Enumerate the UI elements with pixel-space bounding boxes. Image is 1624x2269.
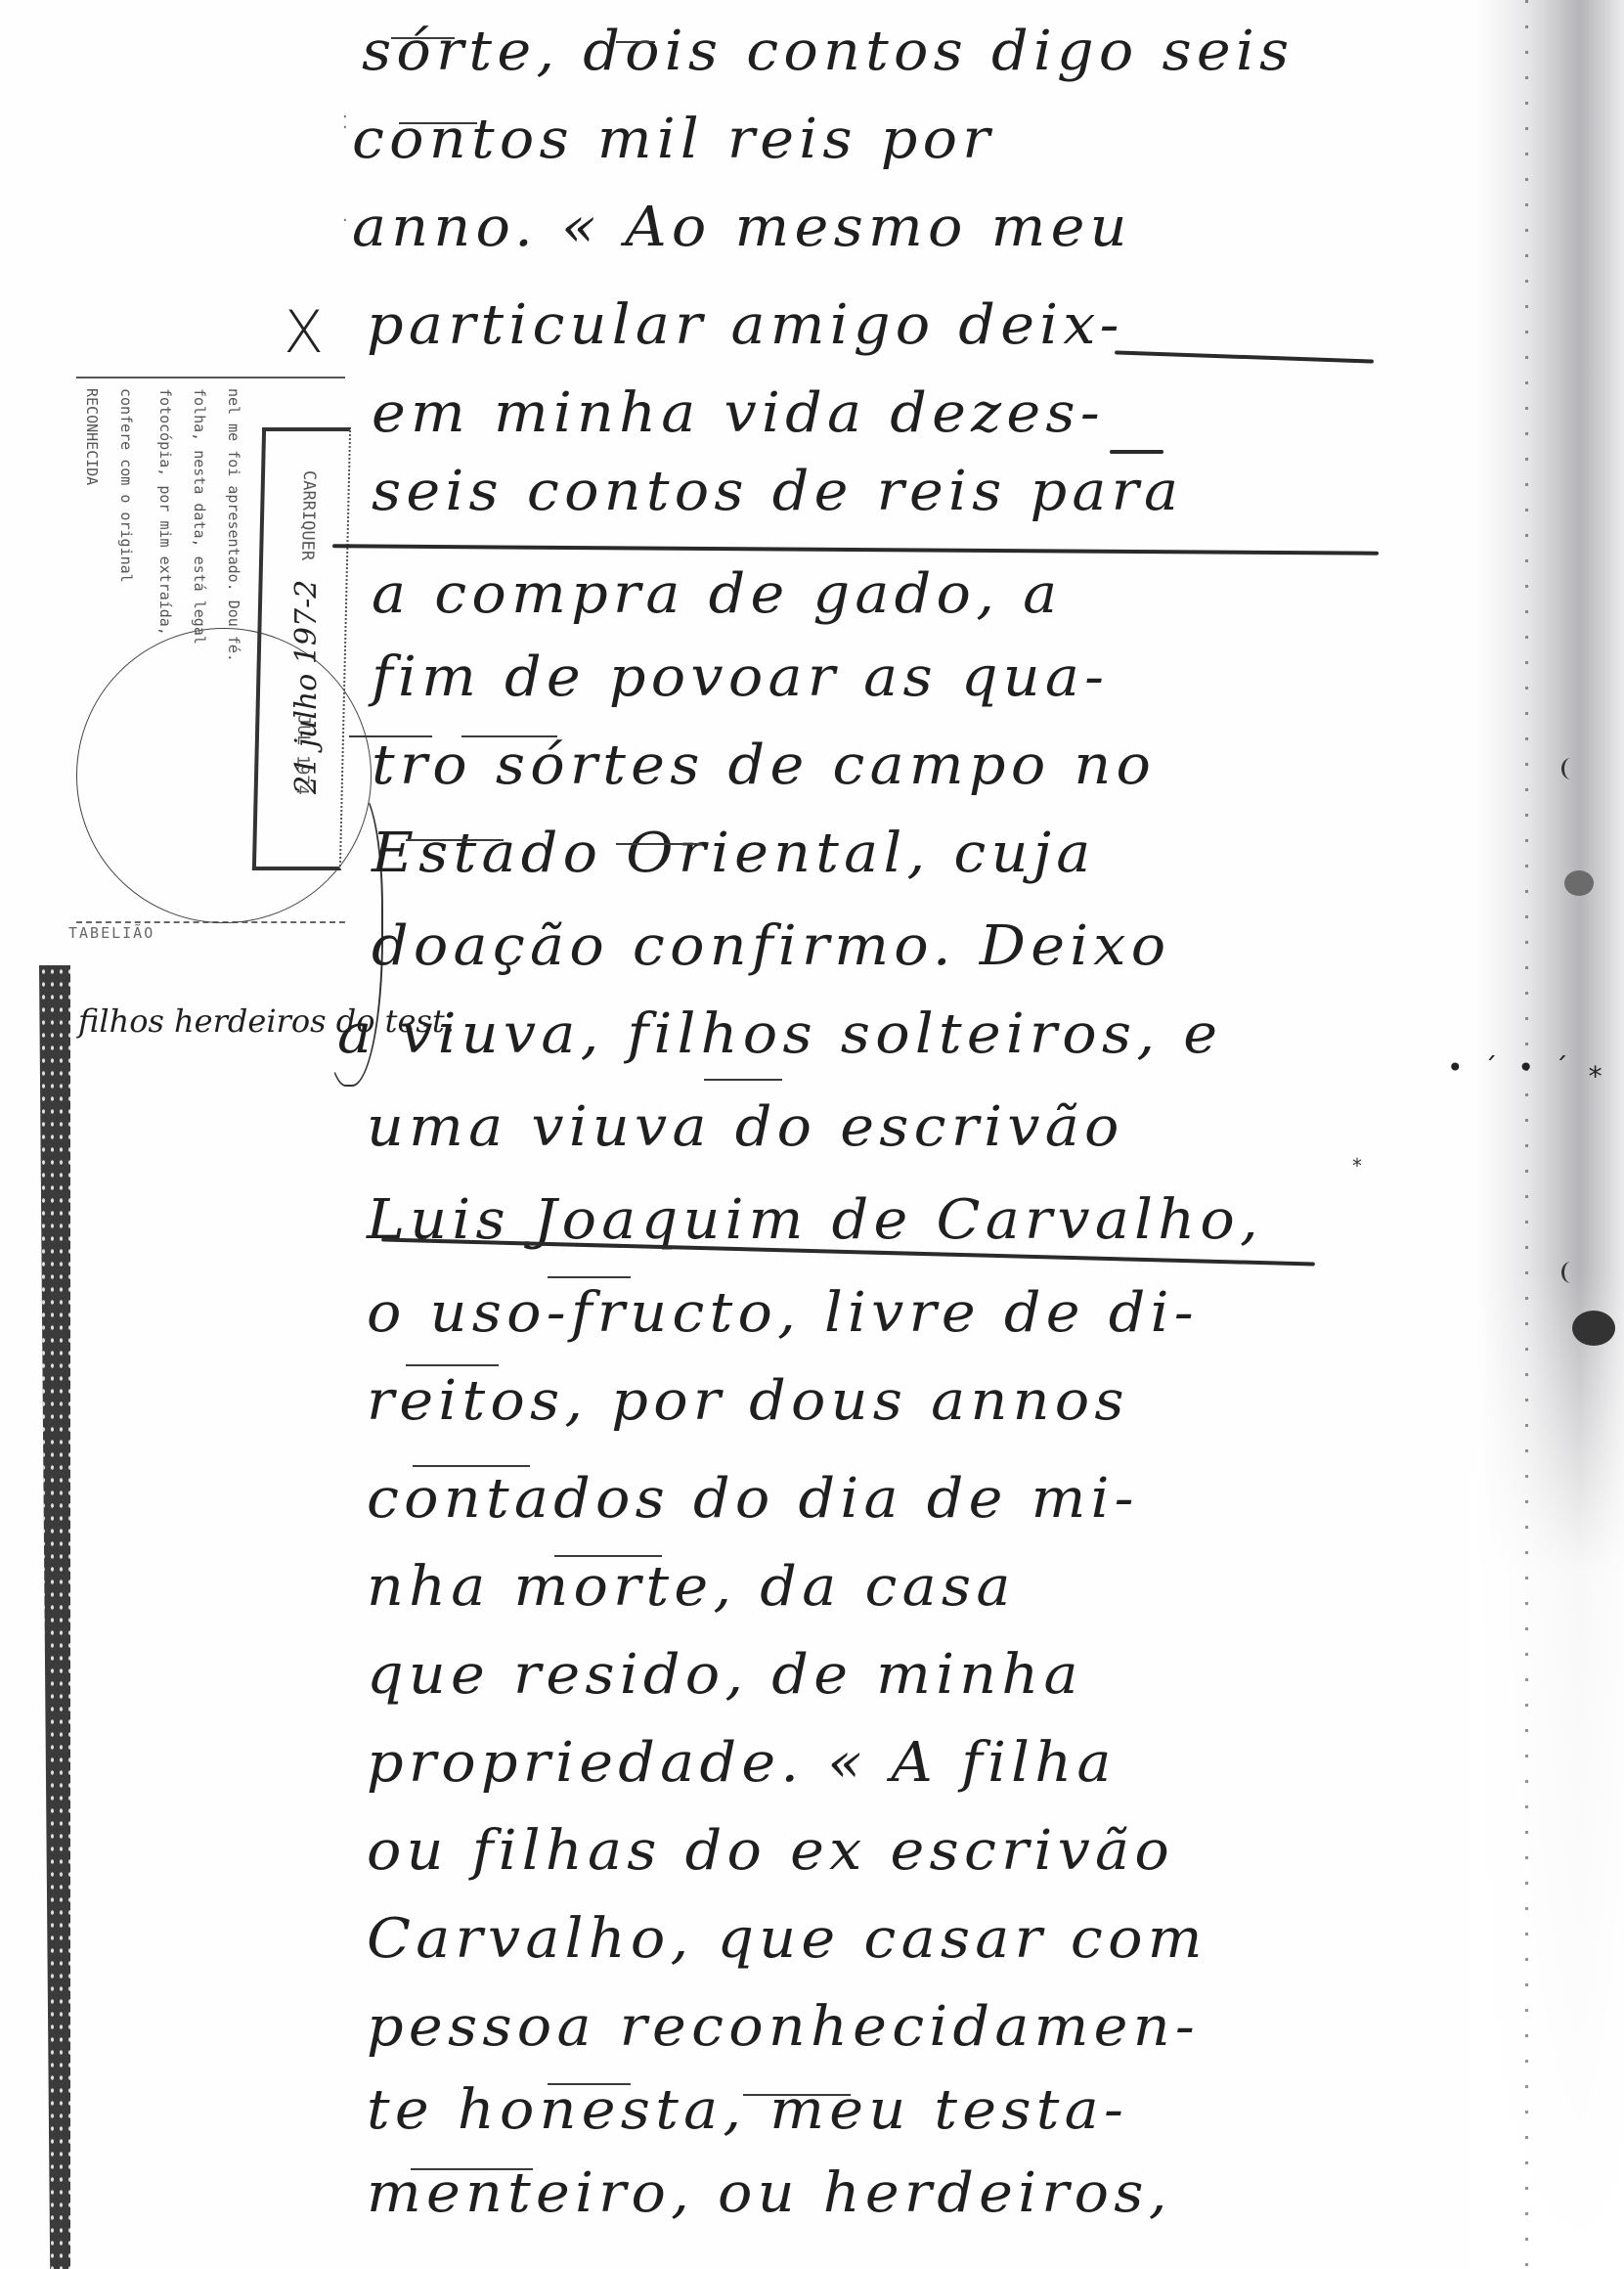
manuscript-line: a viuva, filhos solteiros, e	[337, 1002, 1222, 1066]
overline-stroke	[743, 2094, 851, 2096]
punch-hole-crescent-icon	[1561, 1262, 1580, 1283]
overline-stroke	[616, 41, 655, 43]
manuscript-line: anno. « Ao mesmo meu	[352, 196, 1132, 259]
overline-stroke	[406, 839, 504, 841]
manuscript-line: Estado Oriental, cuja	[372, 822, 1096, 885]
manuscript-line: reitos, por dous annos	[367, 1369, 1129, 1433]
overline-stroke	[548, 1276, 631, 1278]
punch-hole-crescent-icon	[1561, 758, 1580, 779]
margin-x-mark: X	[284, 298, 324, 367]
manuscript-line: pessoa reconhecidamen-	[367, 1995, 1200, 2059]
overline-stroke	[411, 2168, 533, 2170]
manuscript-line: ou filhas do ex escrivão	[367, 1819, 1174, 1883]
underline-stroke	[1115, 350, 1374, 363]
manuscript-line: que resido, de minha	[367, 1643, 1083, 1707]
manuscript-line: contos mil reis por	[352, 108, 995, 171]
photocopy-dot-column	[1525, 0, 1528, 2269]
overline-stroke	[704, 1079, 782, 1081]
manuscript-line: te honesta, meu testa-	[367, 2078, 1128, 2142]
stamp-line: confere com o original	[117, 388, 135, 583]
underline-stroke	[1110, 450, 1163, 454]
asterisk-mark: *	[1352, 1154, 1362, 1178]
notary-stamp: RECONHECIDA confere com o original fotoc…	[76, 377, 345, 923]
manuscript-line: uma viuva do escrivão	[367, 1095, 1124, 1159]
manuscript-line: tro sórtes de campo no	[372, 734, 1156, 797]
tick-mark: ⁚	[342, 112, 348, 133]
right-margin-mark: • ˊ • ˊ ⁎	[1447, 1051, 1608, 1084]
manuscript-line: em minha vida dezes-	[372, 381, 1105, 445]
manuscript-line: fim de povoar as qua-	[372, 645, 1109, 709]
manuscript-line: menteiro, ou herdeiros,	[367, 2161, 1172, 2225]
manuscript-line: Carvalho, que casar com	[367, 1907, 1207, 1971]
overline-stroke	[461, 735, 557, 737]
binding-strip	[39, 965, 70, 2269]
overline-stroke	[413, 1465, 530, 1467]
manuscript-line: nha morte, da casa	[367, 1555, 1016, 1619]
stamp-line: folha, nesta data, está legal	[191, 388, 208, 645]
stamp-line: fotocópia, por mim extraída,	[156, 388, 174, 636]
stamp-box-label: CARRIQUER	[297, 470, 319, 560]
overline-stroke	[548, 2083, 631, 2085]
right-edge-fade	[1468, 1271, 1624, 2269]
manuscript-line: o uso-fructo, livre de di-	[367, 1281, 1199, 1345]
manuscript-line: contados do dia de mi-	[367, 1467, 1139, 1531]
tick-mark: ·	[342, 210, 348, 231]
manuscript-line: a compra de gado, a	[372, 562, 1062, 626]
overline-stroke	[406, 1364, 499, 1366]
manuscript-line: particular amigo deix-	[367, 293, 1124, 357]
stamp-line: RECONHECIDA	[83, 388, 101, 485]
stamp-line: nel me foi apresentado. Dou fé.	[225, 388, 242, 662]
overline-stroke	[349, 735, 432, 737]
stamp-handwritten-date: 21 julho 197-2	[289, 580, 324, 794]
manuscript-line: doação confirmo. Deixo	[372, 914, 1170, 978]
document-page: RECONHECIDA confere com o original fotoc…	[0, 0, 1624, 2269]
overline-stroke	[616, 843, 702, 845]
manuscript-line: propriedade. « A filha	[367, 1731, 1117, 1795]
underline-stroke	[332, 544, 1379, 555]
manuscript-line: sórte, dois contos digo seis	[362, 20, 1294, 83]
overline-stroke	[399, 122, 477, 124]
stamp-footer: TABELIÃO	[68, 924, 154, 942]
overline-stroke	[554, 1555, 662, 1557]
punch-hole-icon	[1572, 1311, 1615, 1346]
punch-hole-icon	[1564, 870, 1594, 896]
manuscript-line: seis contos de reis para	[372, 460, 1183, 523]
overline-stroke	[391, 37, 455, 39]
